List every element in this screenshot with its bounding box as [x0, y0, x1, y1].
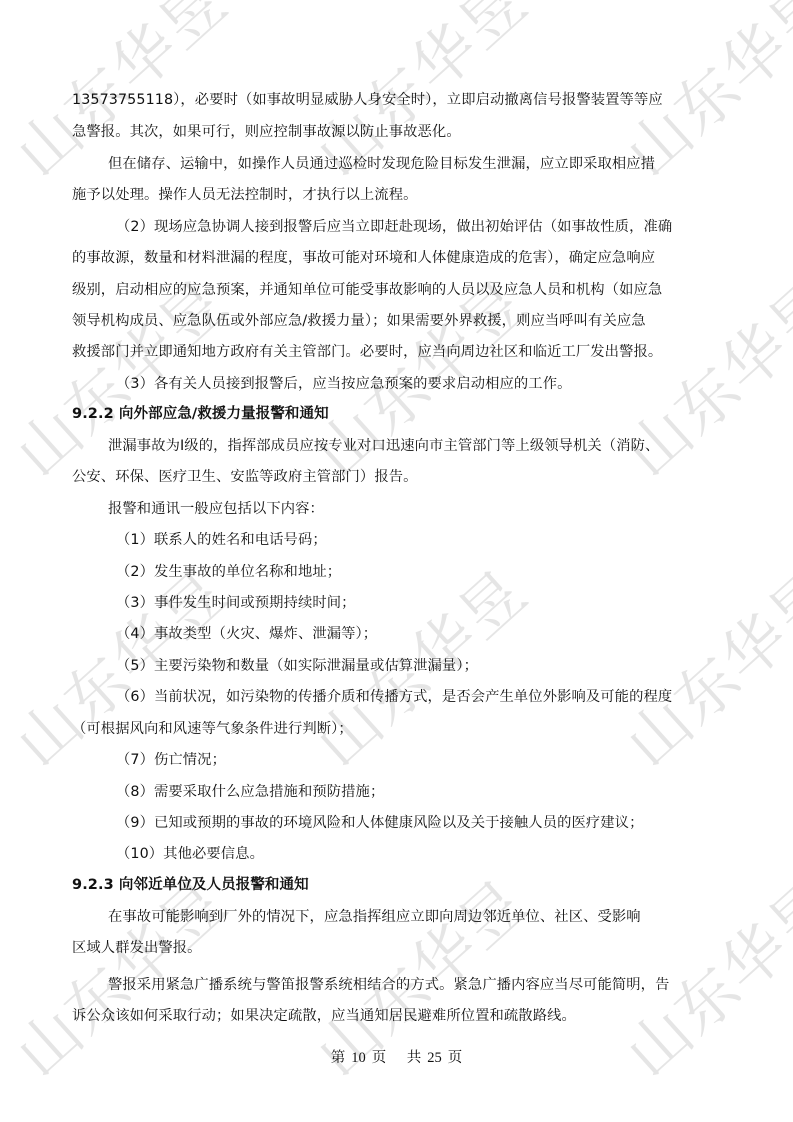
list-item: （6）当前状况，如污染物的传播介质和传播方式，是否会产生单位外影响及可能的程度: [72, 687, 766, 707]
paragraph-line: （2）现场应急协调人接到报警后应当立即赶赴现场，做出初始评估（如事故性质，准确: [72, 217, 766, 237]
list-item: （2）发生事故的单位名称和地址；: [72, 562, 766, 582]
list-item: （4）事故类型（火灾、爆炸、泄漏等）；: [72, 624, 766, 644]
paragraph-line: 领导机构成员、应急队伍或外部应急/救援力量）；如果需要外界救援，则应当呼叫有关应…: [72, 311, 722, 331]
list-item: （10）其他必要信息。: [72, 844, 766, 864]
list-item: （9）已知或预期的事故的环境风险和人体健康风险以及关于接触人员的医疗建议；: [72, 813, 766, 833]
list-item: （5）主要污染物和数量（如实际泄漏量或估算泄漏量）；: [72, 656, 766, 676]
paragraph-line: 但在储存、运输中，如操作人员通过巡检时发现危险目标发生泄漏，应立即采取相应措: [72, 154, 758, 174]
total-prefix: 共: [407, 1050, 422, 1066]
paragraph-line: 13573755118），必要时（如事故明显威胁人身安全时），立即启动撤离信号报…: [72, 90, 722, 110]
page-prefix: 第: [331, 1050, 346, 1066]
paragraph-line: （3）各有关人员接到报警后，应当按应急预案的要求启动相应的工作。: [72, 374, 766, 394]
section-heading-9-2-3: 9.2.3 向邻近单位及人员报警和通知: [72, 875, 722, 895]
total-unit: 页: [448, 1050, 463, 1066]
paragraph-line: 诉公众该如何采取行动；如果决定疏散，应当通知居民避难所位置和疏散路线。: [72, 1006, 722, 1026]
paragraph-line: 级别，启动相应的应急预案，并通知单位可能受事故影响的人员以及应急人员和机构（如应…: [72, 280, 722, 300]
paragraph-line: 急警报。其次，如果可行，则应控制事故源以防止事故恶化。: [72, 122, 722, 142]
paragraph-line: 区域人群发出警报。: [72, 938, 722, 958]
list-item: （7）伤亡情况；: [72, 750, 766, 770]
list-item: （1）联系人的姓名和电话号码；: [72, 530, 766, 550]
paragraph-line: 的事故源，数量和材料泄漏的程度，事故可能对环境和人体健康造成的危害），确定应急响…: [72, 248, 722, 268]
list-item: （3）事件发生时间或预期持续时间；: [72, 593, 766, 613]
paragraph-line: 施予以处理。操作人员无法控制时，才执行以上流程。: [72, 185, 722, 205]
paragraph-line: 在事故可能影响到厂外的情况下，应急指挥组应立即向周边邻近单位、社区、受影响: [72, 907, 758, 927]
list-item: （8）需要采取什么应急措施和预防措施；: [72, 782, 766, 802]
page-number: 10: [351, 1050, 366, 1066]
page-footer: 第10页 共25页: [0, 1046, 793, 1067]
paragraph-line: 救援部门并立即通知地方政府有关主管部门。必要时，应当向周边社区和临近工厂发出警报…: [72, 342, 722, 362]
section-heading-9-2-2: 9.2.2 向外部应急/救援力量报警和通知: [72, 404, 722, 424]
paragraph-line: 报警和通讯一般应包括以下内容：: [72, 499, 758, 519]
list-item-continuation: （可根据风向和风速等气象条件进行判断）；: [72, 719, 722, 739]
paragraph-line: 警报采用紧急广播系统与警笛报警系统相结合的方式。紧急广播内容应当尽可能简明，告: [72, 975, 758, 995]
paragraph-line: 泄漏事故为Ⅰ级的，指挥部成员应按专业对口迅速向市主管部门等上级领导机关（消防、: [72, 436, 758, 456]
page-total: 25: [427, 1050, 442, 1066]
paragraph-line: 公安、环保、医疗卫生、安监等政府主管部门）报告。: [72, 467, 722, 487]
page-unit: 页: [372, 1050, 387, 1066]
